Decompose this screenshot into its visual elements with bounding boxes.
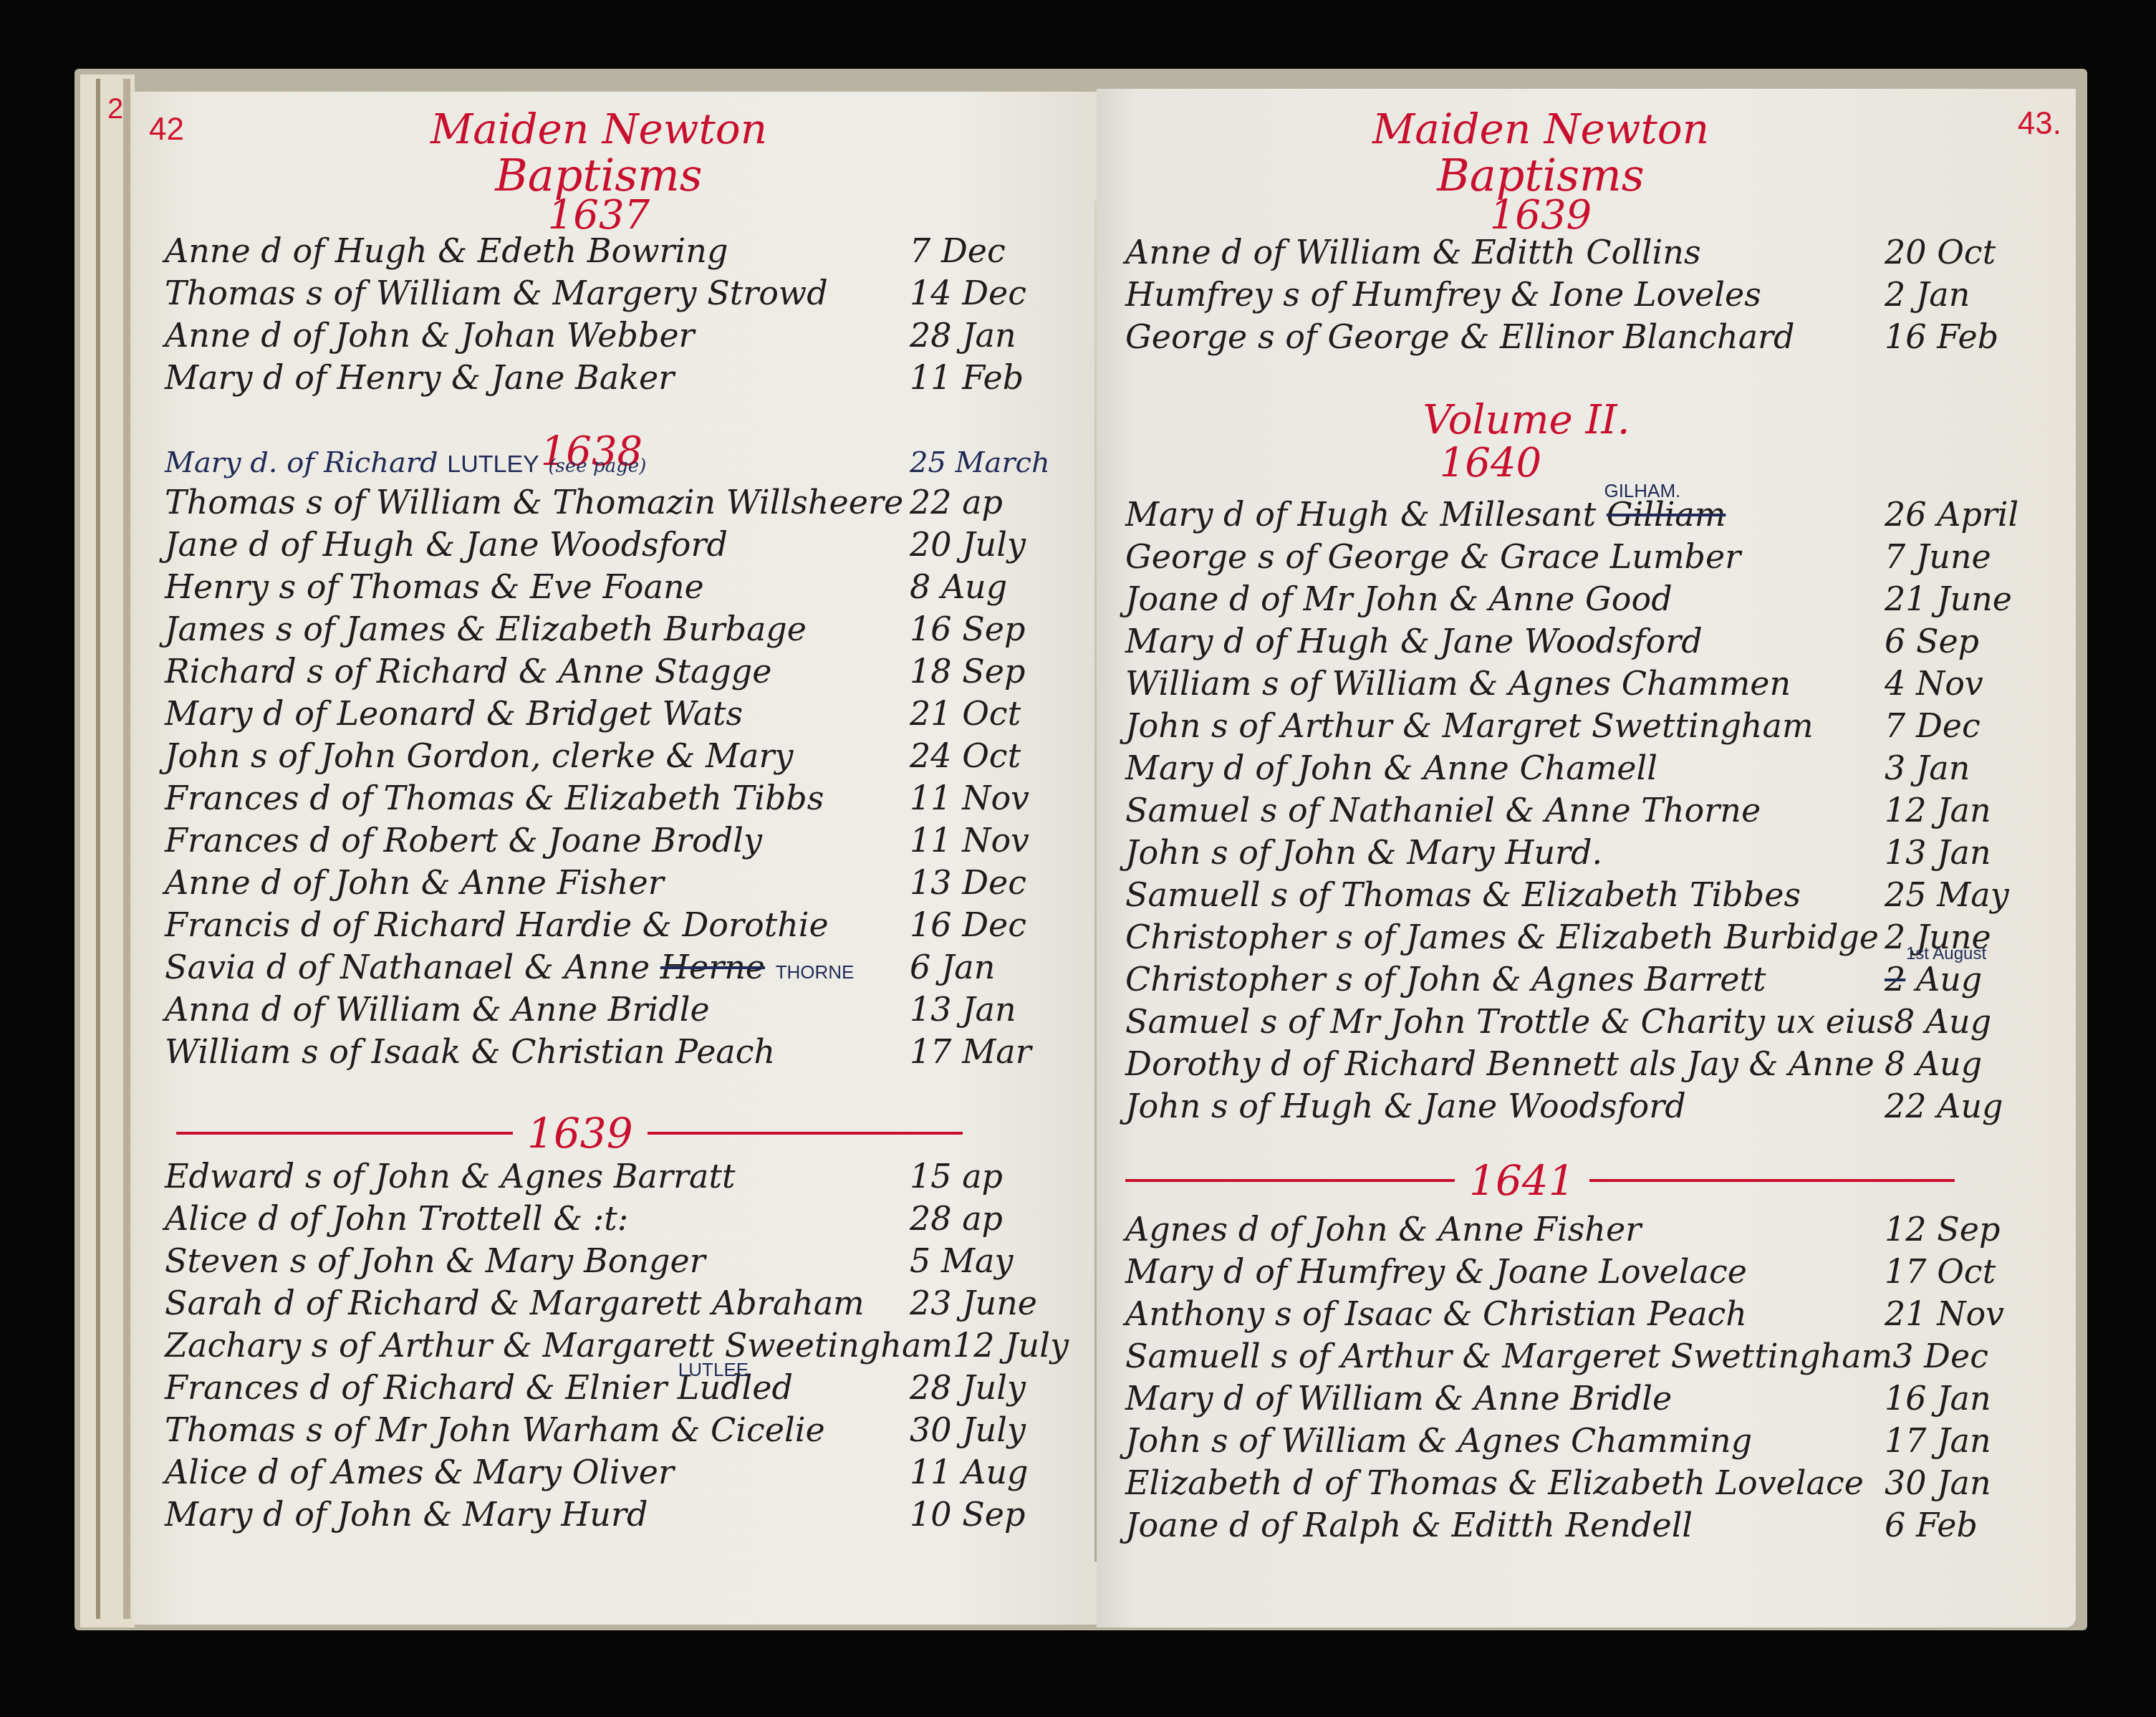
entries-1639: Anne d of William & Editth Collins20 Oct… [1125, 229, 2028, 356]
list-item: Humfrey s of Humfrey & Ione Loveles2 Jan [1125, 271, 2028, 314]
list-item: Anne d of William & Editth Collins20 Oct [1125, 229, 2028, 271]
red-rule [176, 1132, 513, 1135]
list-item: Dorothy d of Richard Bennett als Jay & A… [1125, 1041, 2028, 1083]
list-item: Mary d of John & Anne Chamell3 Jan [1125, 745, 2028, 787]
list-item: Christopher s of James & Elizabeth Burbi… [1125, 914, 2028, 956]
red-rule [1589, 1179, 1955, 1182]
entries-1641: Agnes d of John & Anne Fisher12 Sep Mary… [1125, 1206, 2028, 1544]
list-item: Frances d of Thomas & Elizabeth Tibbs11 … [165, 775, 1053, 817]
page-number: 42 [149, 112, 184, 148]
list-item-corrected: Christopher s of John & Agnes Barrett 1s… [1125, 956, 2028, 999]
list-item: Steven s of John & Mary Bonger5 May [165, 1238, 1053, 1280]
list-item: Thomas s of William & Thomazin Willsheer… [165, 479, 1053, 521]
list-item: James s of James & Elizabeth Burbage16 S… [165, 606, 1053, 648]
list-item: Anne d of John & Johan Webber28 Jan [165, 312, 1053, 355]
left-page: 42 Maiden Newton Baptisms 1637 Anne d of… [133, 92, 1097, 1625]
list-item: Samuell s of Arthur & Margeret Swettingh… [1125, 1333, 2028, 1375]
page-edge-line [96, 79, 100, 1619]
page-number: 43. [2018, 106, 2061, 142]
list-item: Joane d of Ralph & Editth Rendell6 Feb [1125, 1502, 2028, 1544]
red-rule [1125, 1179, 1455, 1182]
list-item: Mary d of Leonard & Bridget Wats21 Oct [165, 691, 1053, 733]
year-divider-1641: 1641 [1125, 1156, 1985, 1205]
list-item: Anne d of Hugh & Edeth Bowring7 Dec [165, 228, 1053, 270]
list-item: Zachary s of Arthur & Margarett Sweeting… [165, 1322, 1053, 1365]
list-item-corrected: Mary d of Hugh & Millesant GilliamGILHAM… [1125, 491, 2028, 534]
list-item: John s of John & Mary Hurd.13 Jan [1125, 829, 2028, 872]
entries-1640: Mary d of Hugh & Millesant GilliamGILHAM… [1125, 491, 2028, 1125]
list-item: Henry s of Thomas & Eve Foane8 Aug [165, 564, 1053, 606]
list-item: John s of Hugh & Jane Woodsford22 Aug [1125, 1083, 2028, 1125]
list-item: George s of George & Ellinor Blanchard16… [1125, 314, 2028, 356]
list-item: Joane d of Mr John & Anne Good21 June [1125, 576, 2028, 618]
list-item: Mary d of William & Anne Bridle16 Jan [1125, 1375, 2028, 1418]
list-item: Agnes d of John & Anne Fisher12 Sep [1125, 1206, 2028, 1249]
volume-label: Volume II. [1347, 397, 1705, 443]
list-item: Edward s of John & Agnes Barratt15 ap [165, 1153, 1053, 1196]
list-item: John s of Arthur & Margret Swettingham7 … [1125, 703, 2028, 745]
list-item: Francis d of Richard Hardie & Dorothie16… [165, 902, 1053, 944]
list-item: Thomas s of Mr John Warham & Cicelie30 J… [165, 1407, 1053, 1449]
year-heading-1640: 1640 [1347, 440, 1634, 486]
list-item: Alice d of Ames & Mary Oliver11 Aug [165, 1449, 1053, 1491]
list-item: Samuel s of Mr John Trottle & Charity ux… [1125, 999, 2028, 1041]
list-item: Mary d of Hugh & Jane Woodsford6 Sep [1125, 618, 2028, 660]
list-item: Frances d of Robert & Joane Brodly11 Nov [165, 817, 1053, 860]
list-item: Anna d of William & Anne Bridle13 Jan [165, 986, 1053, 1029]
list-item: Mary d of John & Mary Hurd10 Sep [165, 1491, 1053, 1534]
list-item: John s of John Gordon, clerke & Mary24 O… [165, 733, 1053, 775]
list-item: Anne d of John & Anne Fisher13 Dec [165, 860, 1053, 902]
list-item: Anthony s of Isaac & Christian Peach21 N… [1125, 1291, 2028, 1333]
list-item: Richard s of Richard & Anne Stagge18 Sep [165, 648, 1053, 691]
list-item: William s of Isaak & Christian Peach17 M… [165, 1029, 1053, 1071]
list-item: George s of George & Grace Lumber7 June [1125, 534, 2028, 576]
page-title-place: Maiden Newton [1290, 105, 1791, 153]
list-item: Mary d of Henry & Jane Baker11 Feb [165, 355, 1053, 397]
entries-1637: Anne d of Hugh & Edeth Bowring7 Dec Thom… [165, 228, 1053, 397]
list-item: Samuel s of Nathaniel & Anne Thorne12 Ja… [1125, 787, 2028, 829]
year-heading: 1639 [513, 1109, 648, 1158]
year-heading: 1641 [1455, 1156, 1589, 1205]
list-item: John s of William & Agnes Chamming17 Jan [1125, 1418, 2028, 1460]
list-item: Samuell s of Thomas & Elizabeth Tibbes25… [1125, 872, 2028, 914]
list-item: Mary d of Humfrey & Joane Lovelace17 Oct [1125, 1249, 2028, 1291]
list-item: Thomas s of William & Margery Strowd14 D… [165, 270, 1053, 312]
entries-1638: Mary d. of Richard LUTLEY (see page) 25 … [165, 437, 1053, 1071]
year-divider-1639: 1639 [176, 1109, 1021, 1158]
red-rule [648, 1132, 963, 1135]
list-item: Mary d. of Richard LUTLEY (see page) 25 … [165, 437, 1053, 479]
right-page: 43. Maiden Newton Baptisms 1639 Anne d o… [1097, 89, 2076, 1627]
tab-mark: 2 [107, 93, 123, 125]
list-item-corrected: Savia d of Nathanael & Anne Herne THORNE… [165, 944, 1053, 986]
list-item: William s of William & Agnes Chammen4 No… [1125, 660, 2028, 703]
list-item: Jane d of Hugh & Jane Woodsford20 July [165, 521, 1053, 564]
list-item: Sarah d of Richard & Margarett Abraham23… [165, 1280, 1053, 1322]
entries-1639: Edward s of John & Agnes Barratt15 ap Al… [165, 1153, 1053, 1534]
page-title-place: Maiden Newton [348, 105, 850, 153]
list-item-annotated: Frances d of Richard & Elnier LudledLUTL… [165, 1365, 1053, 1407]
list-item: Elizabeth d of Thomas & Elizabeth Lovela… [1125, 1460, 2028, 1502]
list-item: Alice d of John Trottell & :t:28 ap [165, 1196, 1053, 1238]
page-edge-line [123, 79, 130, 1619]
